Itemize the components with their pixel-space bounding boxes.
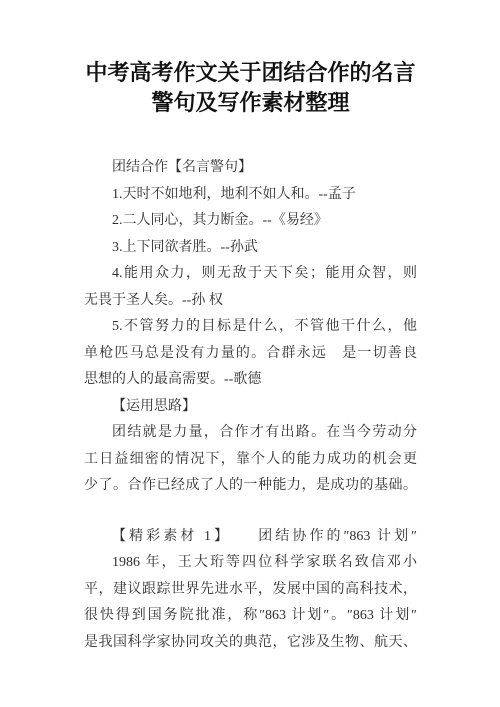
quote-item-2: 2.二人同心，其力断金。--《易经》 [84, 208, 417, 235]
section-heading-material-1: 【精彩素材 1】 团结协作的″863 计划″ [84, 524, 417, 551]
quote-item-5-line-1: 5.不管努力的目标是什么，不管他干什么，他 [84, 314, 417, 341]
blank-line [84, 500, 417, 524]
usage-paragraph-line-1: 团结就是力量，合作才有出路。在当今劳动分 [84, 420, 417, 447]
quote-item-1: 1.天时不如地利，地利不如人和。--孟子 [84, 182, 417, 209]
document-page: 中考高考作文关于团结合作的名言警句及写作素材整理 团结合作【名言警句】 1.天时… [0, 0, 500, 707]
material-paragraph-line-3: 很快得到国务院批准，称″863 计划″。″863 计划″ [84, 603, 417, 630]
quote-item-3: 3.上下同欲者胜。--孙武 [84, 235, 417, 262]
section-heading-famous-quotes: 团结合作【名言警句】 [84, 155, 417, 182]
quote-item-4-line-2: 无畏于圣人矣。--孙 权 [84, 288, 417, 315]
quote-item-4-line-1: 4.能用众力，则无敌于天下矣；能用众智，则 [84, 261, 417, 288]
quote-item-5-line-2: 单枪匹马总是没有力量的。合群永远 是一切善良 [84, 341, 417, 368]
material-paragraph-line-1: 1986 年，王大珩等四位科学家联名致信邓小 [84, 550, 417, 577]
usage-paragraph-line-3: 少了。合作已经成了人的一种能力，是成功的基础。 [84, 473, 417, 500]
material-paragraph-line-2: 平，建议跟踪世界先进水平，发展中国的高科技术， [84, 577, 417, 604]
section-heading-usage-ideas: 【运用思路】 [84, 394, 417, 421]
document-body: 团结合作【名言警句】 1.天时不如地利，地利不如人和。--孟子 2.二人同心，其… [84, 155, 417, 656]
usage-paragraph-line-2: 工日益细密的情况下，靠个人的能力成功的机会更 [84, 447, 417, 474]
material-paragraph-line-4: 是我国科学家协同攻关的典范，它涉及生物、航天、 [84, 630, 417, 657]
quote-item-5-line-3: 思想的人的最高需要。--歌德 [84, 367, 417, 394]
page-title: 中考高考作文关于团结合作的名言警句及写作素材整理 [84, 58, 417, 118]
